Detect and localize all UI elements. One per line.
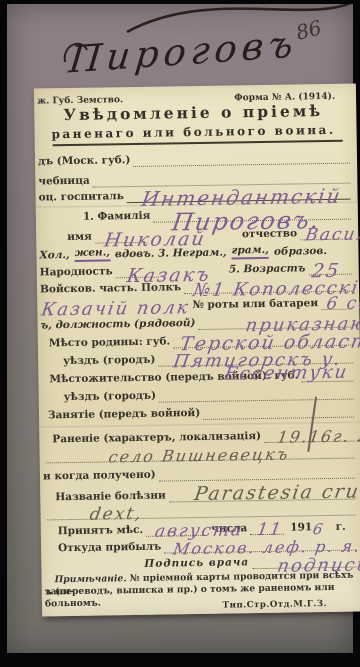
printer-imprint: Тип.Стр.Отд.М.Г.З. — [223, 598, 328, 613]
handwritten-value: 19.16г. 28/ — [276, 429, 360, 444]
handwritten-value: Parastesia cruris — [193, 485, 360, 501]
field-imya: имя Николай отчество Васильев, — [39, 226, 351, 245]
year-suffix: г. — [336, 521, 346, 534]
field-label: уѣздъ (городъ) — [64, 390, 156, 404]
field-label: Подпись врача — [144, 556, 249, 571]
status-underlined: грам., — [231, 244, 269, 260]
handwritten-value: 6 сотни — [325, 297, 360, 311]
field-label: оц. госпиталь — [38, 190, 123, 204]
field-label: ъ, должность (рядовой) — [41, 317, 196, 332]
status-text: образов. — [274, 245, 327, 259]
status-text: вдовъ. 3. Неграм., — [115, 247, 227, 262]
handwritten-name: Пироговъ — [67, 21, 311, 81]
field-zhitelstvo: Мѣстожительство (передъ войной): губ. Ес… — [41, 368, 353, 387]
form-subtitle: раненаго или больного воина. — [51, 124, 335, 141]
handwritten-value: dext, — [89, 508, 144, 522]
field-label: отчество — [242, 227, 297, 241]
field-label: уѣздъ (городъ) — [63, 354, 155, 368]
field-zhitelstvo-uyezd: уѣздъ (городъ) — [42, 386, 354, 405]
field-voisk-chast: Войсков. часть. Полкъ №1 Кополесскій — [40, 278, 352, 297]
field-label: № роты или батареи — [192, 297, 318, 312]
handwritten-value: 11 — [256, 524, 284, 537]
handwritten-value: Васильев, — [304, 228, 360, 243]
form-title-row2: раненаго или больного воина. — [38, 124, 350, 142]
field-rodina-gub: Мѣсто родины: губ. Терской области — [41, 332, 353, 351]
field-uyezd-mosk: дъ (Моск. губ.) — [38, 150, 350, 169]
field-label: дъ (Моск. губ.) — [38, 154, 131, 168]
field-label: Мѣсто родины: губ. — [49, 335, 170, 350]
field-zanyatie: Занятіе (передъ войной) — [42, 404, 354, 423]
handwritten-value: августа — [154, 524, 244, 538]
year-printed: 191 — [290, 521, 312, 534]
footnote-label: Примѣчаніе. — [55, 573, 127, 585]
field-hospital: оц. госпиталь Интендантскій — [38, 186, 350, 205]
field-label: и когда получено) — [43, 469, 156, 484]
year-handwritten: 6 — [312, 523, 326, 536]
handwritten-value: Казачій полк — [40, 301, 190, 316]
field-label: Названіе болѣзни — [55, 490, 166, 505]
field-status: Хол., жен., вдовъ. 3. Неграм., грам., об… — [39, 243, 351, 263]
field-label: имя — [67, 231, 92, 244]
handwritten-value: Ессентуки — [224, 366, 350, 381]
field-label: чебница — [38, 175, 90, 189]
status-text: Хол., — [39, 249, 69, 262]
form-title-row1: Увѣдомленіе о пріемѣ — [37, 104, 349, 122]
field-otkuda: Откуда прибылъ Москов. леф. р. я. — [44, 537, 356, 556]
field-label: Занятіе (передъ войной) — [48, 407, 200, 422]
photographed-document: { "colors":{ "photo_frame":"#060606", "m… — [0, 0, 360, 667]
card-number: 86 — [293, 15, 324, 44]
field-rota: Казачій полк № роты или батареи 6 сотни — [40, 296, 352, 315]
form-title: Увѣдомленіе о пріемѣ — [63, 104, 323, 121]
field-label: 1. Фамилія — [83, 210, 151, 224]
field-label: Откуда прибылъ — [58, 541, 161, 556]
handwritten-value: Интендантскій — [141, 190, 343, 206]
field-label: Народность — [40, 265, 113, 279]
title-rule — [53, 140, 343, 147]
field-label: 5. Возрастъ — [229, 262, 306, 276]
field-bolezn-line2: dext, — [43, 502, 355, 521]
handwritten-value: село Вишневецкъ — [108, 448, 291, 464]
handwritten-value: 25 — [311, 265, 341, 278]
field-label: Принятъ мѣс. — [58, 524, 143, 538]
mount-card: Пироговъ 86 ж. Губ. Земство. Форма № А. … — [7, 4, 353, 653]
admission-form-paper: ж. Губ. Земство. Форма № А. (1914). Увѣд… — [34, 84, 360, 617]
field-narodnost: Народность Казакъ 5. Возрастъ 25 — [40, 261, 352, 280]
status-underlined: жен., — [75, 246, 111, 262]
field-label: Войсков. часть. Полкъ — [40, 281, 181, 296]
field-label: Раненіе (характеръ, локализація) — [52, 430, 261, 446]
